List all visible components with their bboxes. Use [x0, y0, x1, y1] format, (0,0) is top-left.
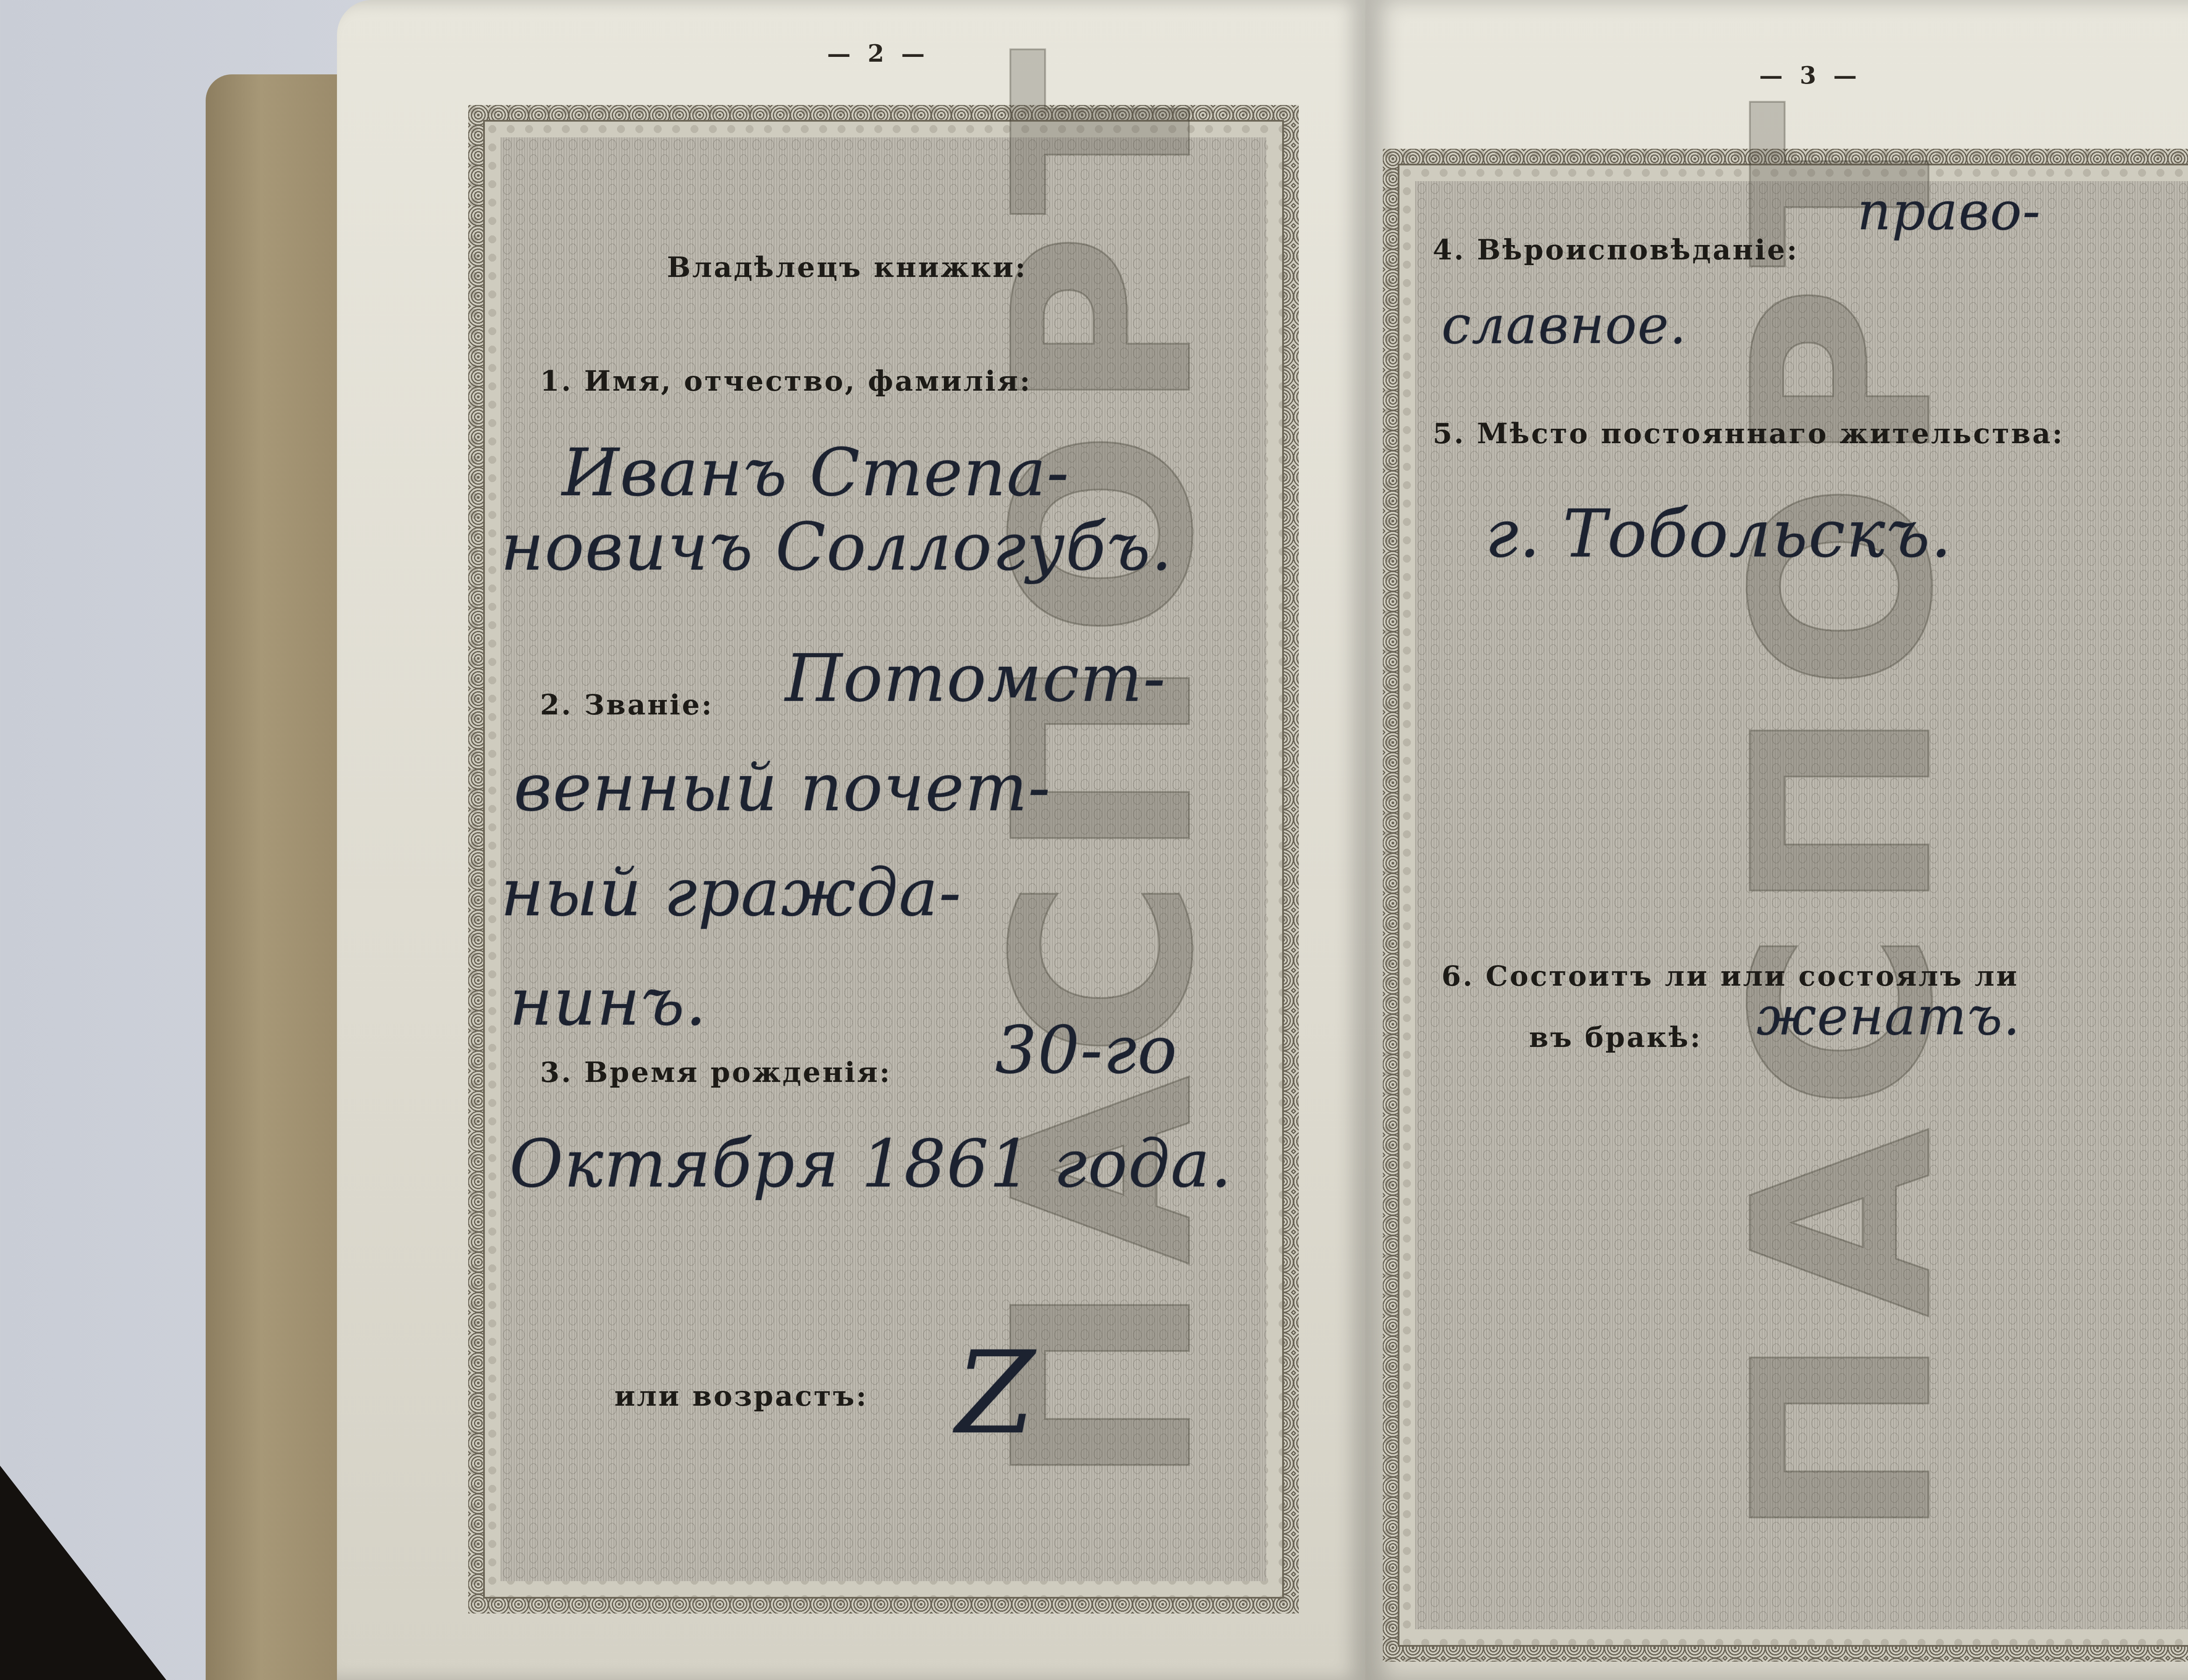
ornamental-frame: ПАСПОРТ Владѣлецъ книжки: 1. Имя, отчест…: [468, 105, 1299, 1613]
photo-scene: — 2 — ПАСПОРТ Владѣлецъ книжки: 1. Имя, …: [0, 0, 2188, 1680]
left-page-content: Владѣлецъ книжки: 1. Имя, отчество, фами…: [483, 120, 1284, 1599]
handwritten-religion-line-1: право-: [1857, 181, 2041, 242]
field-label-birth: 3. Время рожденія:: [540, 1056, 891, 1089]
field-label-marriage-line-2: въ бракѣ:: [1529, 1021, 1702, 1054]
handwritten-rank-line-2: венный почет-: [514, 750, 1051, 826]
handwritten-name-line-2: новичъ Соллогубъ.: [501, 509, 1173, 585]
handwritten-rank-line-4: нинъ.: [509, 964, 707, 1040]
field-label-name: 1. Имя, отчество, фамилія:: [540, 365, 1032, 398]
field-label-age: или возрастъ:: [614, 1380, 868, 1413]
owner-heading: Владѣлецъ книжки:: [667, 251, 1027, 284]
left-page: — 2 — ПАСПОРТ Владѣлецъ книжки: 1. Имя, …: [337, 0, 1365, 1680]
handwritten-birth-date: Октября 1861 года.: [509, 1126, 1232, 1202]
field-label-rank: 2. Званіе:: [540, 689, 714, 721]
right-page-content: 4. Вѣроисповѣданіе: право- славное. 5. М…: [1398, 164, 2188, 1647]
handwritten-birth-day: 30-го: [995, 1012, 1178, 1088]
handwritten-age-mark: Z: [956, 1327, 1036, 1459]
right-page: — 3 — ПАСПОРТ 4. Вѣроисповѣданіе: право-…: [1365, 0, 2188, 1680]
handwritten-rank-line-3: ный гражда-: [501, 855, 962, 931]
handwritten-religion-line-2: славное.: [1441, 295, 1687, 356]
field-label-religion: 4. Вѣроисповѣданіе:: [1433, 234, 1799, 266]
field-label-residence: 5. Мѣсто постояннаго жительства:: [1433, 417, 2064, 450]
handwritten-rank-line-1: Потомст-: [785, 640, 1166, 717]
handwritten-name-line-1: Иванъ Степа-: [562, 435, 1070, 511]
handwritten-marital-status: женатъ.: [1757, 986, 2021, 1047]
handwritten-residence: г. Тобольскъ.: [1485, 496, 1953, 572]
page-number: — 2 —: [827, 39, 929, 67]
ornamental-frame: ПАСПОРТ 4. Вѣроисповѣданіе: право- славн…: [1383, 149, 2188, 1662]
table-shadow: [0, 1466, 166, 1680]
